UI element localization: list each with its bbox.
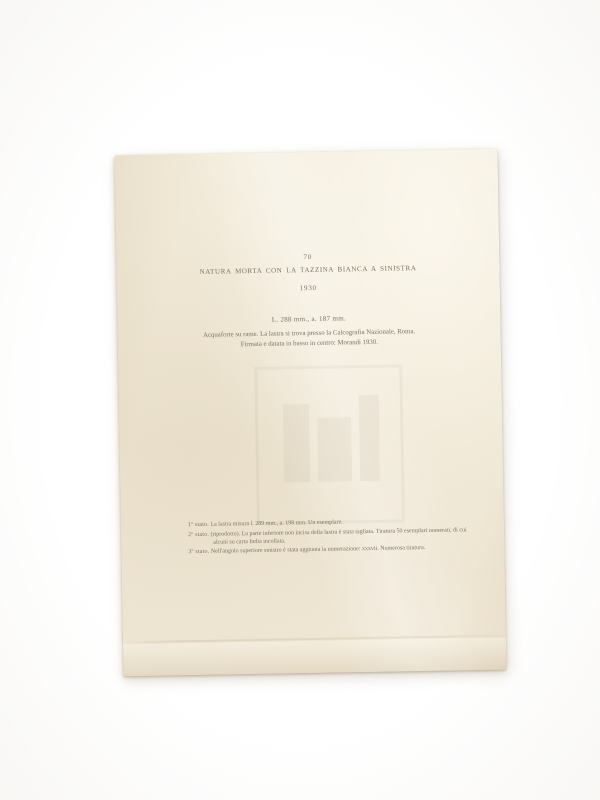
ghost-frame <box>254 364 405 525</box>
photo-background: 70 NATURA MORTA CON LA TAZZINA BIANCA A … <box>0 0 600 800</box>
dimensions-line: L. 288 mm., a. 187 mm. <box>117 312 500 327</box>
state-2-label: 2º stato. <box>188 531 209 537</box>
state-2-text: (riprodotto). La parte inferiore non inc… <box>211 527 467 545</box>
artwork-year: 1930 <box>117 281 500 296</box>
plate-show-through <box>254 364 405 525</box>
technique-block: Acquaforte su rame. La lastra si trova p… <box>118 326 501 353</box>
catalog-number: 70 <box>116 250 499 265</box>
state-1-label: 1º stato. <box>188 522 209 528</box>
states-list: 1º stato. La lastra misura l. 289 mm., a… <box>188 516 471 557</box>
state-3-text: Nell'angolo superiore sinistro è stata a… <box>211 545 425 555</box>
state-3-label: 3º stato. <box>188 549 209 555</box>
paper-sheet: 70 NATURA MORTA CON LA TAZZINA BIANCA A … <box>114 149 506 677</box>
ghost-vase-shape <box>317 417 352 482</box>
state-1-text: La lastra misura l. 289 mm., a. 198 mm. … <box>210 519 342 527</box>
artwork-title: NATURA MORTA CON LA TAZZINA BIANCA A SIN… <box>116 263 499 278</box>
ghost-cup-shape <box>359 395 380 481</box>
ghost-bottle-shape <box>283 404 310 482</box>
